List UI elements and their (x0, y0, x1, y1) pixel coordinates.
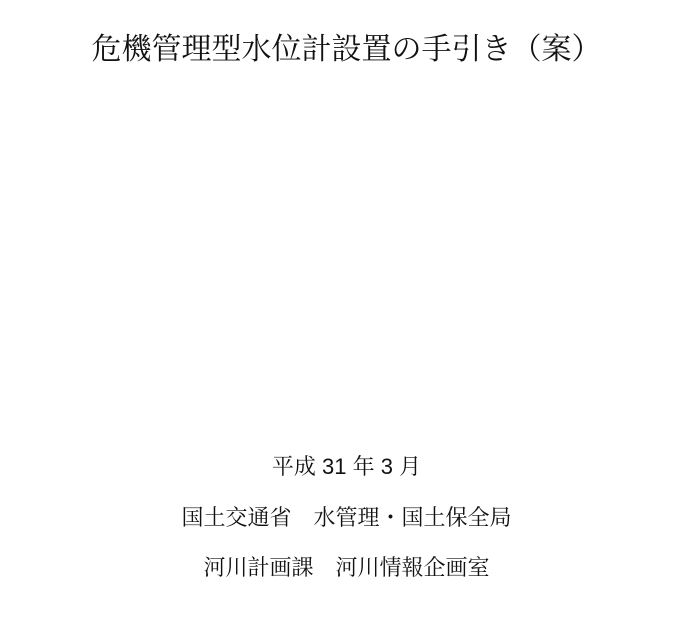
document-page: 危機管理型水位計設置の手引き（案） 平成 31 年 3 月 国土交通省 水管理・… (0, 0, 693, 641)
publication-date: 平成 31 年 3 月 (0, 454, 693, 480)
department-name: 河川計画課 河川情報企画室 (0, 555, 693, 581)
organization-name: 国土交通省 水管理・国土保全局 (0, 505, 693, 531)
document-title: 危機管理型水位計設置の手引き（案） (0, 33, 693, 68)
